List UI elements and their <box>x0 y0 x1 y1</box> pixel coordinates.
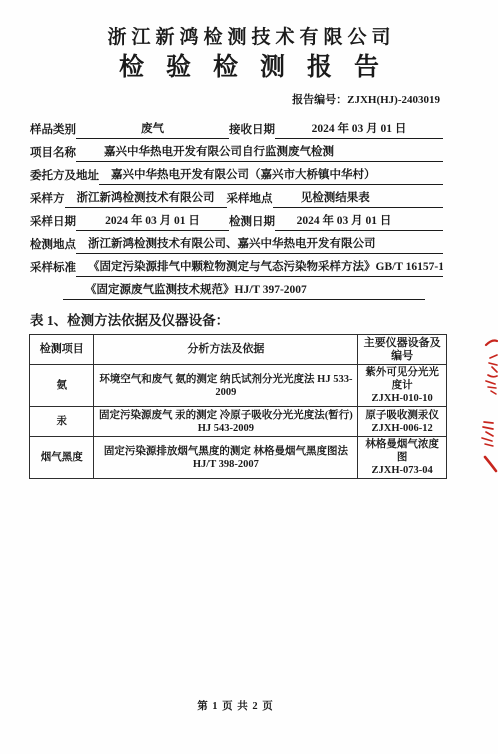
field-row-sampling-party: 采样方 浙江新鸿检测技术有限公司 采样地点 见检测结果表 <box>0 185 498 208</box>
table-row: 氨 环境空气和废气 氨的测定 纳氏试剂分光光度法 HJ 533-2009 紫外可… <box>30 365 447 407</box>
cell-item: 烟气黑度 <box>30 437 94 479</box>
cell-method: 固定污染源废气 汞的测定 冷原子吸收分光光度法(暂行) HJ 543-2009 <box>94 407 358 437</box>
field-label-project-name: 项目名称 <box>30 146 76 162</box>
instrument-name: 紫外可见分光光度计 <box>360 366 444 392</box>
field-value-sampling-date: 2024 年 03 月 01 日 <box>76 214 229 231</box>
report-number-line: 报告编号：ZJXH(HJ)-2403019 <box>0 93 498 107</box>
report-number-value: ZJXH(HJ)-2403019 <box>347 94 440 106</box>
field-value-test-date: 2024 年 03 月 01 日 <box>275 214 443 231</box>
cell-instrument: 原子吸收测汞仪 ZJXH-006-12 <box>358 407 447 437</box>
table1-header-method: 分析方法及依据 <box>94 335 358 365</box>
field-label-receive-date: 接收日期 <box>229 123 275 139</box>
instrument-id: ZJXH-073-04 <box>360 464 444 477</box>
field-value-sampling-standard: 《固定污染源排气中颗粒物测定与气态污染物采样方法》GB/T 16157-1996… <box>76 260 443 277</box>
instrument-id: ZJXH-006-12 <box>360 422 444 435</box>
seal-edge-marks-icon <box>476 331 498 479</box>
field-row-sampling-date: 采样日期 2024 年 03 月 01 日 检测日期 2024 年 03 月 0… <box>0 208 498 231</box>
report-title: 检验检测报告 <box>22 53 498 83</box>
field-value-sample-type: 废气 <box>76 122 229 139</box>
page-number: 第 1 页 共 2 页 <box>0 698 484 713</box>
report-page: 浙江新鸿检测技术有限公司 检验检测报告 报告编号：ZJXH(HJ)-240301… <box>0 0 498 754</box>
cell-instrument: 紫外可见分光光度计 ZJXH-010-10 <box>358 365 447 407</box>
field-row-sample-type: 样品类别 废气 接收日期 2024 年 03 月 01 日 <box>0 116 498 139</box>
cell-instrument: 林格曼烟气浓度图 ZJXH-073-04 <box>358 437 447 479</box>
field-row-sampling-standard-2: 《固定源废气监测技术规范》HJ/T 397-2007 <box>0 277 498 300</box>
cell-method: 环境空气和废气 氨的测定 纳氏试剂分光光度法 HJ 533-2009 <box>94 365 358 407</box>
field-label-sampling-date: 采样日期 <box>30 215 76 231</box>
field-label-sampling-party: 采样方 <box>30 192 65 208</box>
field-value-sampling-location: 见检测结果表 <box>273 191 444 208</box>
cell-item: 氨 <box>30 365 94 407</box>
field-section: 样品类别 废气 接收日期 2024 年 03 月 01 日 项目名称 嘉兴中华热… <box>0 116 498 300</box>
report-number-label: 报告编号： <box>292 94 347 106</box>
field-row-client-address: 委托方及地址 嘉兴中华热电开发有限公司（嘉兴市大桥镇中华村） <box>0 162 498 185</box>
field-label-client-address: 委托方及地址 <box>30 169 99 185</box>
company-name: 浙江新鸿检测技术有限公司 <box>5 0 498 50</box>
table1-methods-instruments: 检测项目 分析方法及依据 主要仪器设备及编号 氨 环境空气和废气 氨的测定 纳氏… <box>29 334 447 479</box>
field-row-test-location: 检测地点 浙江新鸿检测技术有限公司、嘉兴中华热电开发有限公司 <box>0 231 498 254</box>
table-row: 汞 固定污染源废气 汞的测定 冷原子吸收分光光度法(暂行) HJ 543-200… <box>30 407 447 437</box>
field-value-project-name: 嘉兴中华热电开发有限公司自行监测废气检测 <box>76 145 443 162</box>
cell-item: 汞 <box>30 407 94 437</box>
field-label-test-date: 检测日期 <box>229 215 275 231</box>
table1-title: 表 1、检测方法依据及仪器设备： <box>30 313 498 329</box>
field-label-sampling-standard: 采样标准 <box>30 261 76 277</box>
instrument-name: 原子吸收测汞仪 <box>360 409 444 422</box>
table1-header-instrument: 主要仪器设备及编号 <box>358 335 447 365</box>
field-label-test-location: 检测地点 <box>30 238 76 254</box>
field-row-sampling-standard: 采样标准 《固定污染源排气中颗粒物测定与气态污染物采样方法》GB/T 16157… <box>0 254 498 277</box>
table1-header-item: 检测项目 <box>30 335 94 365</box>
field-value-receive-date: 2024 年 03 月 01 日 <box>275 122 443 139</box>
field-row-project-name: 项目名称 嘉兴中华热电开发有限公司自行监测废气检测 <box>0 139 498 162</box>
instrument-id: ZJXH-010-10 <box>360 392 444 405</box>
field-label-sample-type: 样品类别 <box>30 123 76 139</box>
table1-header-row: 检测项目 分析方法及依据 主要仪器设备及编号 <box>30 335 447 365</box>
instrument-name: 林格曼烟气浓度图 <box>360 438 444 464</box>
table-row: 烟气黑度 固定污染源排放烟气黑度的测定 林格曼烟气黑度图法 HJ/T 398-2… <box>30 437 447 479</box>
cell-method: 固定污染源排放烟气黑度的测定 林格曼烟气黑度图法 HJ/T 398-2007 <box>94 437 358 479</box>
field-value-sampling-standard-2: 《固定源废气监测技术规范》HJ/T 397-2007 <box>63 283 425 300</box>
field-value-client-address: 嘉兴中华热电开发有限公司（嘉兴市大桥镇中华村） <box>99 168 443 185</box>
field-value-sampling-party: 浙江新鸿检测技术有限公司 <box>65 191 227 208</box>
field-value-test-location: 浙江新鸿检测技术有限公司、嘉兴中华热电开发有限公司 <box>76 237 443 254</box>
field-label-sampling-location: 采样地点 <box>227 192 273 208</box>
